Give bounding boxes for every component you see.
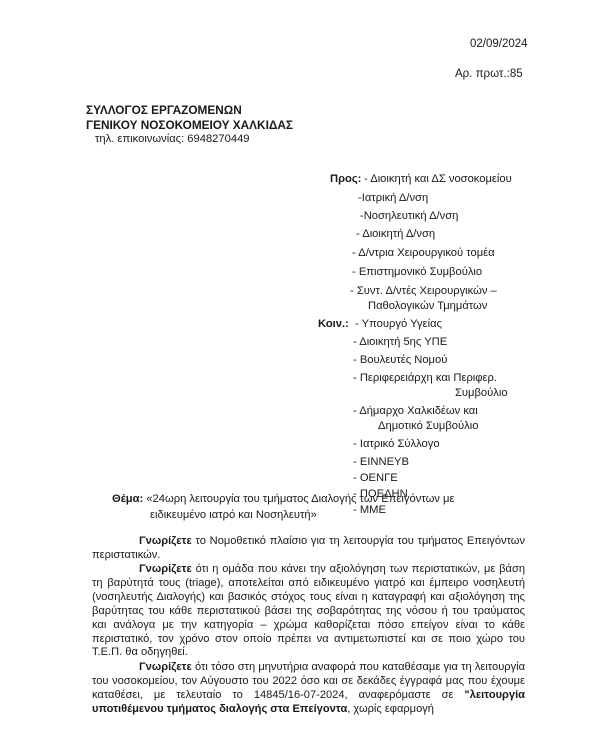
to-recipient-continued: Παθολογικών Τμημάτων (368, 300, 487, 313)
to-recipient: -Νοσηλευτική Δ/νση (360, 210, 458, 223)
cc-recipient: - Διοικητή 5ης ΥΠΕ (353, 336, 447, 349)
cc-recipient: - Ιατρικό Σύλλογο (353, 438, 440, 451)
cc-recipient: - Δήμαρχο Χαλκιδέων και (353, 405, 478, 418)
cc-recipient-continued: Δημοτικό Συμβούλιο (378, 420, 478, 433)
cc-recipient: - ΕΙΝΝΕΥΒ (353, 456, 409, 469)
subject-text: «24ωρη λειτουργία του τμήματος Διαλογής … (146, 493, 454, 505)
paragraph-lead: Γνωρίζετε (139, 661, 192, 673)
to-recipient: -Ιατρική Δ/νση (358, 192, 428, 205)
to-recipient: - Επιστημονικό Συμβούλιο (352, 266, 482, 279)
to-label: Προς: (330, 173, 361, 186)
body-paragraph-1: Γνωρίζετε το Νομοθετικό πλαίσιο για τη λ… (92, 535, 525, 563)
body-paragraph-3: Γνωρίζετε ότι τόσο στη μηνυτήρια αναφορά… (92, 661, 525, 717)
sender-name-line1: ΣΥΛΛΟΓΟΣ ΕΡΓΑΖΟΜΕΝΩΝ (86, 103, 242, 117)
body-paragraph-2: Γνωρίζετε ότι η ομάδα που κάνει την αξιο… (92, 563, 525, 660)
to-recipient: - Συντ. Δ/ντές Χειρουργικών – (350, 285, 497, 298)
document-date: 02/09/2024 (470, 38, 528, 50)
subject-line: Θέμα: «24ωρη λειτουργία του τμήματος Δια… (112, 493, 454, 505)
to-recipient: - Διοικητή Δ/νση (356, 228, 435, 241)
paragraph-text-tail: , χωρίς εφαρμογή (347, 703, 434, 715)
subject-text-continued: ειδικευμένο ιατρό και Νοσηλευτή» (150, 509, 317, 521)
to-recipient: - Διοικητή και ΔΣ νοσοκομείου (364, 173, 512, 186)
cc-recipient: - ΟΕΝΓΕ (353, 472, 398, 485)
paragraph-lead: Γνωρίζετε (139, 563, 192, 575)
cc-recipient: - Υπουργό Υγείας (355, 318, 442, 331)
subject-label: Θέμα: (112, 493, 143, 505)
paragraph-text: ότι η ομάδα που κάνει την αξιολόγηση των… (92, 563, 525, 658)
cc-recipient: - ΜΜΕ (353, 504, 386, 517)
paragraph-lead: Γνωρίζετε (139, 535, 192, 547)
cc-recipient: - Περιφερειάρχη και Περιφερ. (353, 372, 497, 385)
cc-label: Κοιν.: (318, 318, 349, 331)
sender-phone: τηλ. επικοινωνίας: 6948270449 (95, 133, 250, 145)
protocol-number: Αρ. πρωτ.:85 (455, 68, 523, 80)
cc-recipient: - Βουλευτές Νομού (353, 354, 447, 367)
sender-name-line2: ΓΕΝΙΚΟΥ ΝΟΣΟΚΟΜΕΙΟΥ ΧΑΛΚΙΔΑΣ (86, 118, 293, 132)
cc-recipient-continued: Συμβούλιο (455, 387, 508, 400)
to-recipient: - Δ/ντρια Χειρουργικού τομέα (352, 247, 495, 260)
